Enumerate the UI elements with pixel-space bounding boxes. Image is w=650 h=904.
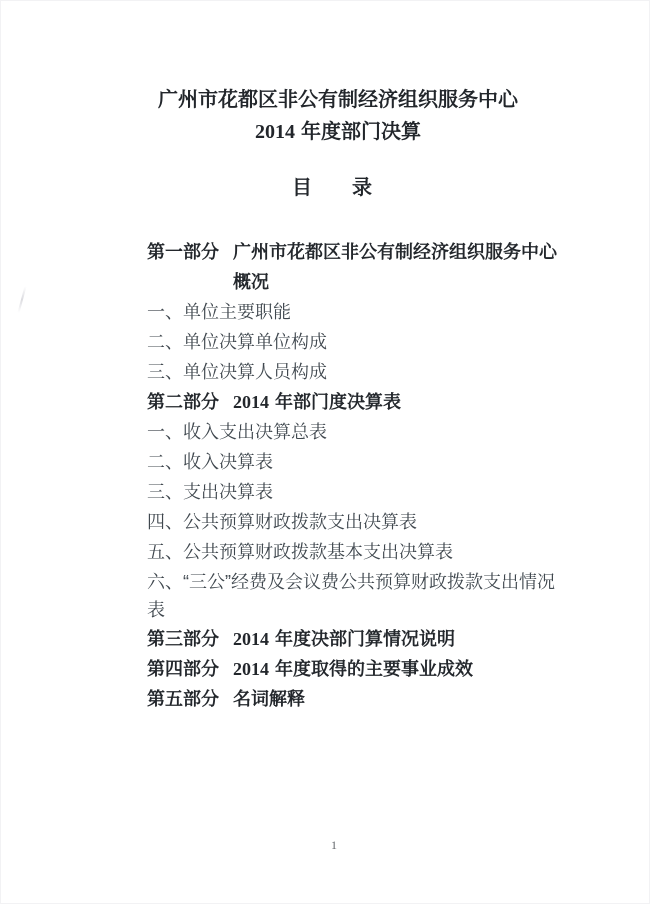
section-title-text: 年度取得的主要事业成效	[275, 659, 473, 679]
toc-section-1-continuation: 概况	[147, 267, 650, 297]
section-title: 2014年度取得的主要事业成效	[233, 654, 473, 684]
section-title-text: 年度决部门算情况说明	[275, 629, 455, 649]
toc-section-2: 第二部分 2014年部门度决算表	[147, 387, 650, 417]
section-title-continued: 概况	[233, 267, 269, 297]
toc-item-part1-2: 二、单位决算单位构成	[147, 327, 650, 357]
document-title: 广州市花都区非公有制经济组织服务中心 2014年度部门决算	[0, 0, 650, 148]
section-label: 第一部分	[147, 237, 233, 267]
table-of-contents: 第一部分 广州市花都区非公有制经济组织服务中心 概况 一、单位主要职能 二、单位…	[147, 237, 650, 714]
toc-section-5: 第五部分 名词解释	[147, 684, 650, 714]
section-label: 第三部分	[147, 624, 233, 654]
toc-item-part2-4: 四、公共预算财政拨款支出决算表	[147, 507, 650, 537]
section-year: 2014	[233, 629, 269, 649]
toc-item-part2-6-continuation: 表	[147, 597, 650, 624]
toc-section-1: 第一部分 广州市花都区非公有制经济组织服务中心	[147, 237, 650, 267]
section-title-text: 年部门度决算表	[275, 392, 401, 412]
section-title: 名词解释	[233, 684, 305, 714]
section-year: 2014	[233, 392, 269, 412]
toc-item-part2-1: 一、收入支出决算总表	[147, 417, 650, 447]
title-line-1: 广州市花都区非公有制经济组织服务中心	[26, 84, 650, 116]
section-title: 2014年度决部门算情况说明	[233, 624, 455, 654]
section-label: 第四部分	[147, 654, 233, 684]
section-label: 第二部分	[147, 387, 233, 417]
toc-item-part2-2: 二、收入决算表	[147, 447, 650, 477]
toc-section-4: 第四部分 2014年度取得的主要事业成效	[147, 654, 650, 684]
section-year: 2014	[233, 659, 269, 679]
toc-item-part1-1: 一、单位主要职能	[147, 297, 650, 327]
toc-item-part1-3: 三、单位决算人员构成	[147, 357, 650, 387]
title-line-2: 2014年度部门决算	[26, 116, 650, 148]
title-line-2-text: 年度部门决算	[301, 121, 421, 143]
section-title: 广州市花都区非公有制经济组织服务中心	[233, 237, 557, 267]
toc-section-3: 第三部分 2014年度决部门算情况说明	[147, 624, 650, 654]
page-number: 1	[331, 838, 337, 853]
document-page: 广州市花都区非公有制经济组织服务中心 2014年度部门决算 目 录 第一部分 广…	[0, 0, 650, 904]
scan-artifact	[18, 286, 27, 313]
title-year: 2014	[255, 121, 295, 143]
toc-heading: 目 录	[0, 173, 650, 203]
section-label: 第五部分	[147, 684, 233, 714]
toc-item-part2-3: 三、支出决算表	[147, 477, 650, 507]
section-title: 2014年部门度决算表	[233, 387, 401, 417]
toc-item-part2-6: 六、“三公”经费及会议费公共预算财政拨款支出情况	[147, 567, 650, 597]
toc-item-part2-5: 五、公共预算财政拨款基本支出决算表	[147, 537, 650, 567]
